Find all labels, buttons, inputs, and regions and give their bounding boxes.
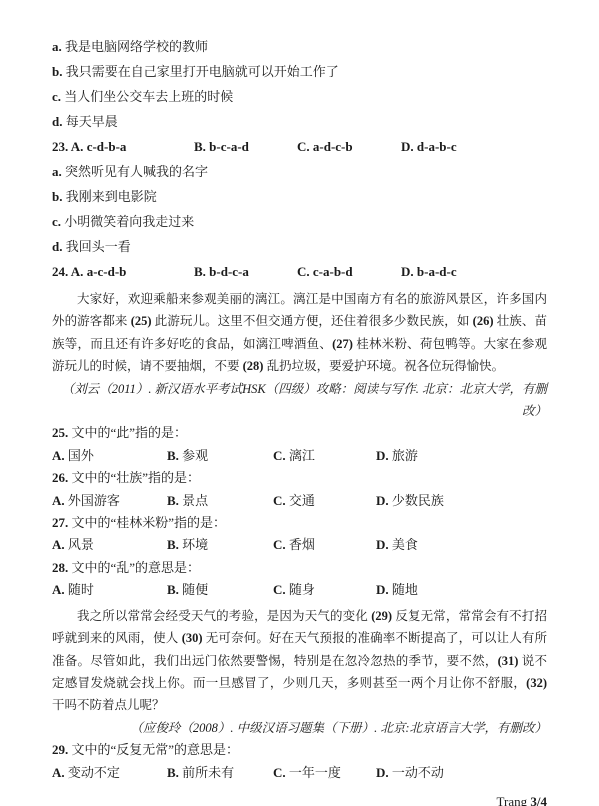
question-25: 25. 文中的“此”指的是： A. 国外 B. 参观 C. 漓江 D. 旅游 [52, 422, 547, 467]
option-text: 旅游 [392, 448, 418, 463]
item-label: d. [52, 239, 62, 254]
option-text: 漓江 [289, 448, 315, 463]
option-text: 外国游客 [68, 493, 120, 508]
option-label: D. [401, 139, 414, 154]
sequencing-set-24: a. 突然听见有人喊我的名字 b. 我刚来到电影院 c. 小明微笑着向我走过来 … [52, 159, 547, 284]
option-d: D. 美食 [376, 534, 547, 556]
item-label: c. [52, 89, 61, 104]
sequencing-set-23: a. 我是电脑网络学校的教师 b. 我只需要在自己家里打开电脑就可以开始工作了 … [52, 34, 547, 159]
option-label: C. [297, 264, 310, 279]
option-a: 23. A. c-d-b-a [52, 134, 194, 159]
option-c: C. a-d-c-b [297, 134, 401, 159]
option-label: C. [273, 493, 286, 508]
item-text: 当人们坐公交车去上班的时候 [64, 89, 233, 104]
option-label: A. [52, 537, 65, 552]
option-text: 随便 [182, 582, 208, 597]
question-28: 28. 文中的“乱”的意思是： A. 随时 B. 随便 C. 随身 D. 随地 [52, 557, 547, 602]
option-b: B. 景点 [167, 490, 273, 512]
option-text: 国外 [68, 448, 94, 463]
option-d: D. b-a-d-c [401, 259, 547, 284]
item-label: d. [52, 114, 62, 129]
blank-marker: (27) [332, 337, 353, 351]
option-c: C. 香烟 [273, 534, 376, 556]
option-label: A. [52, 493, 65, 508]
question-number: 29. [52, 742, 68, 757]
option-d: D. 随地 [376, 579, 547, 601]
option-label: D. [376, 448, 389, 463]
option-label: D. [376, 493, 389, 508]
question-26-options: A. 外国游客 B. 景点 C. 交通 D. 少数民族 [52, 490, 547, 512]
option-label: B. [167, 765, 179, 780]
option-text: 一年一度 [289, 765, 341, 780]
option-text: d-a-b-c [417, 139, 457, 154]
item-text: 我回头一看 [66, 239, 131, 254]
option-a: A. 国外 [52, 445, 167, 467]
sequence-item: c. 当人们坐公交车去上班的时候 [52, 84, 547, 109]
option-c: C. 漓江 [273, 445, 376, 467]
option-text: 参观 [182, 448, 208, 463]
question-number: 24. [52, 264, 68, 279]
option-label: B. [194, 139, 206, 154]
item-label: a. [52, 164, 62, 179]
option-text: a-c-d-b [87, 264, 127, 279]
item-text: 我是电脑网络学校的教师 [65, 39, 208, 54]
item-text: 突然听见有人喊我的名字 [65, 164, 208, 179]
option-label: A. [52, 765, 65, 780]
option-a: A. 随时 [52, 579, 167, 601]
option-text: 变动不定 [68, 765, 120, 780]
question-29-stem: 29. 文中的“反复无常”的意思是： [52, 739, 547, 761]
option-a: A. 风景 [52, 534, 167, 556]
question-25-options: A. 国外 B. 参观 C. 漓江 D. 旅游 [52, 445, 547, 467]
question-27: 27. 文中的“桂林米粉”指的是： A. 风景 B. 环境 C. 香烟 D. 美… [52, 512, 547, 557]
sequence-item: b. 我刚来到电影院 [52, 184, 547, 209]
citation-1: （刘云（2011）. 新汉语水平考试HSK（四级）攻略：阅读与写作. 北京：北京… [52, 378, 547, 423]
blank-marker: (28) [243, 359, 264, 373]
option-b: B. 环境 [167, 534, 273, 556]
option-c: C. 交通 [273, 490, 376, 512]
option-label: A. [71, 264, 84, 279]
stem-text: 文中的“桂林米粉”指的是： [72, 515, 227, 530]
blank-marker: (30) [182, 631, 203, 645]
option-label: D. [376, 537, 389, 552]
question-27-options: A. 风景 B. 环境 C. 香烟 D. 美食 [52, 534, 547, 556]
option-text: 少数民族 [392, 493, 444, 508]
option-text: a-d-c-b [313, 139, 353, 154]
passage-text: 我之所以常常会经受天气的考验，是因为天气的变化 [77, 609, 371, 623]
blank-marker: (32) [526, 676, 547, 690]
blank-marker: (31) [498, 654, 519, 668]
exam-page: a. 我是电脑网络学校的教师 b. 我只需要在自己家里打开电脑就可以开始工作了 … [0, 0, 599, 806]
blank-marker: (29) [371, 609, 392, 623]
passage-1: 大家好，欢迎乘船来参观美丽的漓江。漓江是中国南方有名的旅游风景区，许多国内外的游… [52, 288, 547, 378]
passage-text: 乱扔垃圾，要爱护环境。祝各位玩得愉快。 [263, 359, 504, 373]
question-number: 28. [52, 560, 68, 575]
option-label: A. [52, 582, 65, 597]
page-number-prefix: Trang [497, 794, 528, 806]
stem-text: 文中的“壮族”指的是： [72, 470, 201, 485]
blank-marker: (26) [473, 314, 494, 328]
option-text: b-d-c-a [209, 264, 249, 279]
option-b: B. 参观 [167, 445, 273, 467]
option-text: 香烟 [289, 537, 315, 552]
option-text: 随时 [68, 582, 94, 597]
item-text: 每天早晨 [66, 114, 118, 129]
option-label: C. [273, 765, 286, 780]
item-text: 小明微笑着向我走过来 [64, 214, 194, 229]
option-text: 随地 [392, 582, 418, 597]
question-number: 26. [52, 470, 68, 485]
option-label: A. [52, 448, 65, 463]
question-28-stem: 28. 文中的“乱”的意思是： [52, 557, 547, 579]
option-text: b-a-d-c [417, 264, 457, 279]
option-text: 美食 [392, 537, 418, 552]
stem-text: 文中的“乱”的意思是： [72, 560, 201, 575]
option-b: B. 随便 [167, 579, 273, 601]
option-d: D. 一动不动 [376, 762, 547, 784]
question-26: 26. 文中的“壮族”指的是： A. 外国游客 B. 景点 C. 交通 D. 少… [52, 467, 547, 512]
option-label: B. [167, 493, 179, 508]
stem-text: 文中的“此”指的是： [72, 425, 188, 440]
page-number: Trang 3/4 [52, 792, 547, 806]
question-24-options: 24. A. a-c-d-b B. b-d-c-a C. c-a-b-d D. … [52, 259, 547, 284]
passage-2: 我之所以常常会经受天气的考验，是因为天气的变化 (29) 反复无常，常常会有不打… [52, 605, 547, 717]
item-label: b. [52, 189, 62, 204]
option-d: D. 旅游 [376, 445, 547, 467]
page-number-value: 3/4 [530, 794, 547, 806]
option-label: C. [273, 582, 286, 597]
item-text: 我刚来到电影院 [66, 189, 157, 204]
option-a: A. 变动不定 [52, 762, 167, 784]
option-d: D. d-a-b-c [401, 134, 547, 159]
option-label: C. [273, 448, 286, 463]
option-label: C. [273, 537, 286, 552]
option-c: C. 随身 [273, 579, 376, 601]
option-label: B. [167, 582, 179, 597]
sequence-item: d. 每天早晨 [52, 109, 547, 134]
option-label: D. [401, 264, 414, 279]
option-label: D. [376, 582, 389, 597]
option-b: B. b-d-c-a [194, 259, 297, 284]
passage-text: 此游玩儿。这里不但交通方便，还住着很多少数民族，如 [152, 314, 473, 328]
option-label: B. [167, 448, 179, 463]
option-a: 24. A. a-c-d-b [52, 259, 194, 284]
question-23-options: 23. A. c-d-b-a B. b-c-a-d C. a-d-c-b D. … [52, 134, 547, 159]
question-25-stem: 25. 文中的“此”指的是： [52, 422, 547, 444]
sequence-item: a. 突然听见有人喊我的名字 [52, 159, 547, 184]
option-text: 风景 [68, 537, 94, 552]
option-label: B. [194, 264, 206, 279]
stem-text: 文中的“反复无常”的意思是： [72, 742, 240, 757]
option-label: C. [297, 139, 310, 154]
option-label: B. [167, 537, 179, 552]
passage-text: 干吗不防着点儿呢？ [52, 698, 165, 712]
question-number: 25. [52, 425, 68, 440]
sequence-item: d. 我回头一看 [52, 234, 547, 259]
option-text: b-c-a-d [209, 139, 249, 154]
option-label: A. [71, 139, 84, 154]
option-text: 随身 [289, 582, 315, 597]
item-label: b. [52, 64, 62, 79]
sequence-item: a. 我是电脑网络学校的教师 [52, 34, 547, 59]
option-text: c-a-b-d [313, 264, 353, 279]
blank-marker: (25) [131, 314, 152, 328]
question-29: 29. 文中的“反复无常”的意思是： A. 变动不定 B. 前所未有 C. 一年… [52, 739, 547, 784]
sequence-item: b. 我只需要在自己家里打开电脑就可以开始工作了 [52, 59, 547, 84]
question-29-options: A. 变动不定 B. 前所未有 C. 一年一度 D. 一动不动 [52, 762, 547, 784]
option-text: 景点 [182, 493, 208, 508]
question-28-options: A. 随时 B. 随便 C. 随身 D. 随地 [52, 579, 547, 601]
option-a: A. 外国游客 [52, 490, 167, 512]
option-text: 交通 [289, 493, 315, 508]
option-c: C. 一年一度 [273, 762, 376, 784]
option-d: D. 少数民族 [376, 490, 547, 512]
question-number: 27. [52, 515, 68, 530]
option-text: 一动不动 [392, 765, 444, 780]
option-label: D. [376, 765, 389, 780]
option-b: B. 前所未有 [167, 762, 273, 784]
option-b: B. b-c-a-d [194, 134, 297, 159]
citation-2: （应俊玲（2008）. 中级汉语习题集（下册）. 北京:北京语言大学，有删改） [52, 717, 547, 739]
item-text: 我只需要在自己家里打开电脑就可以开始工作了 [66, 64, 339, 79]
option-text: c-d-b-a [87, 139, 127, 154]
option-c: C. c-a-b-d [297, 259, 401, 284]
question-number: 23. [52, 139, 68, 154]
sequence-item: c. 小明微笑着向我走过来 [52, 209, 547, 234]
question-27-stem: 27. 文中的“桂林米粉”指的是： [52, 512, 547, 534]
question-26-stem: 26. 文中的“壮族”指的是： [52, 467, 547, 489]
option-text: 前所未有 [182, 765, 234, 780]
item-label: c. [52, 214, 61, 229]
option-text: 环境 [182, 537, 208, 552]
item-label: a. [52, 39, 62, 54]
